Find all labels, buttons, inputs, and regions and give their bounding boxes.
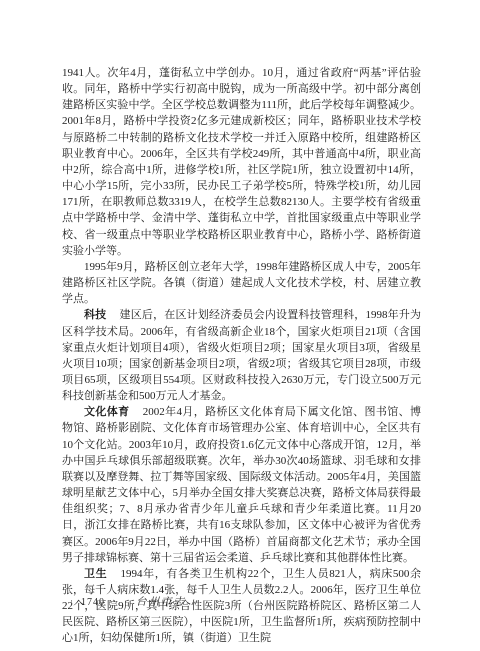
paragraph-text: 1941人。次年4月，蓬街私立中学创办。10月，通过省政府“两基”评估验收。同年…: [62, 67, 421, 257]
paragraph-culture-sports: 文化体育2002年4月，路桥区文化体育局下属文化馆、图书馆、博物馆、路桥影剧院、…: [62, 404, 421, 566]
paragraph-text: 1995年9月，路桥区创立老年大学，1998年建路桥区成人中专，2005年建路桥…: [62, 261, 421, 305]
page-body-text: 1941人。次年4月，蓬街私立中学创办。10月，通过省政府“两基”评估验收。同年…: [62, 65, 421, 647]
book-title: 台州市志: [136, 597, 186, 608]
section-heading-science: 科技: [84, 309, 106, 321]
footer-right-dot: ·: [113, 596, 116, 606]
paragraph-text: 建区后，在区计划经济委员会内设置科技管理科，1998年升为区科学技术局。2006…: [62, 309, 421, 402]
paragraph-science-technology: 科技建区后，在区计划经济委员会内设置科技管理科，1998年升为区科学技术局。20…: [62, 307, 421, 404]
gazetteer-page: 1941人。次年4月，蓬街私立中学创办。10月，通过省政府“两基”评估验收。同年…: [0, 0, 480, 651]
section-heading-health: 卫生: [84, 568, 107, 580]
page-number: 1740: [81, 597, 105, 608]
page-footer: ·1740·台州市志: [70, 594, 186, 609]
section-heading-culture-sports: 文化体育: [84, 406, 130, 418]
footer-left-dot: ·: [70, 596, 73, 606]
paragraph-education-continued: 1941人。次年4月，蓬街私立中学创办。10月，通过省政府“两基”评估验收。同年…: [62, 65, 421, 259]
paragraph-adult-education: 1995年9月，路桥区创立老年大学，1998年建路桥区成人中专，2005年建路桥…: [62, 259, 421, 307]
paragraph-text: 2002年4月，路桥区文化体育局下属文化馆、图书馆、博物馆、路桥影剧院、文化体育…: [62, 406, 421, 563]
